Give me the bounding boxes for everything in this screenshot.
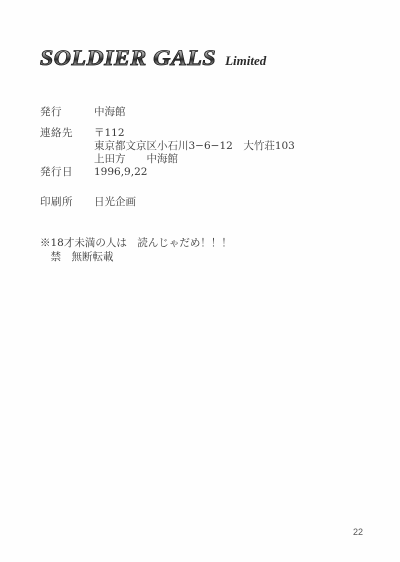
printer-label: 印刷所: [40, 196, 94, 209]
publisher-value: 中海館: [94, 106, 126, 119]
reproduction-prohibited-note: 禁 無断転載: [40, 251, 114, 264]
publish-date-row: 発行日 1996,9,22: [40, 166, 147, 179]
book-subtitle: Limited: [225, 53, 266, 69]
title-block: SOLDIER GALS Limited: [40, 45, 266, 71]
contact-address: 東京都文京区小石川3−6−12 大竹荘103: [94, 140, 295, 153]
printer-row: 印刷所 日光企画: [40, 196, 136, 209]
publisher-label: 発行: [40, 106, 94, 119]
printer-value: 日光企画: [94, 196, 136, 209]
publish-date-label: 発行日: [40, 166, 94, 179]
colophon-page: SOLDIER GALS Limited 発行 中海館 連絡先 〒112 東京都…: [0, 0, 400, 562]
age-warning-note: ※18才未満の人は 読んじゃだめ！！！: [40, 237, 232, 250]
publisher-row: 発行 中海館: [40, 106, 126, 119]
page-number: 22: [353, 527, 363, 537]
book-title: SOLDIER GALS: [40, 45, 216, 71]
contact-row: 連絡先 〒112 東京都文京区小石川3−6−12 大竹荘103 上田方 中海館: [40, 127, 295, 166]
contact-care-of: 上田方 中海館: [94, 153, 295, 166]
publish-date-value: 1996,9,22: [94, 166, 147, 179]
contact-postal-code: 〒112: [94, 127, 295, 140]
contact-label: 連絡先: [40, 127, 94, 166]
